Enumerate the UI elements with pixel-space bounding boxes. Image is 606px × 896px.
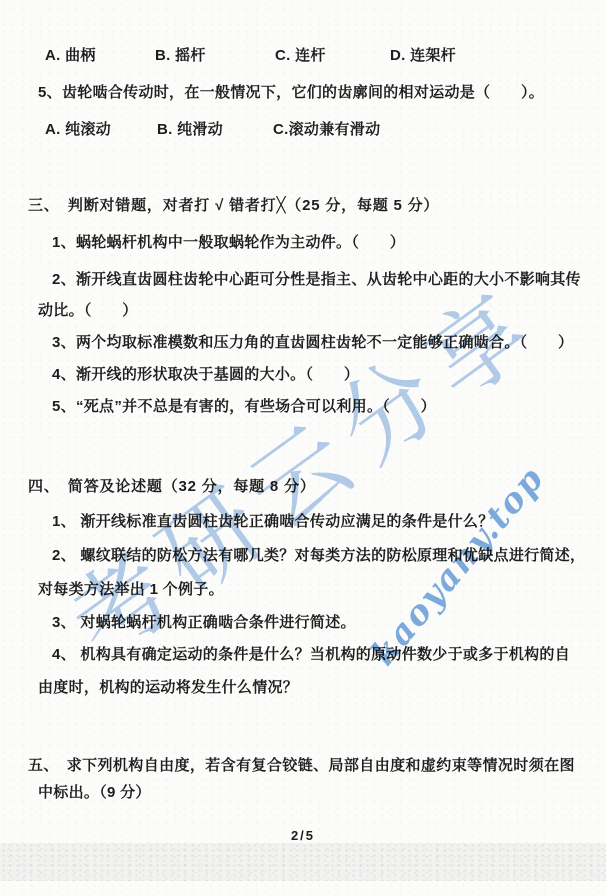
choice-option-d: D. 连架杆 — [390, 44, 456, 65]
tf-item-4: 4、渐开线的形状取决于基圆的大小。（ ） — [52, 363, 359, 384]
question-5-options-row: A. 纯滚动 B. 纯滑动 C.滚动兼有滑动 — [45, 118, 380, 139]
tf-item-1: 1、蜗轮蜗杆机构中一般取蜗轮作为主动件。（ ） — [52, 231, 405, 252]
section3-heading: 三、 判断对错题，对者打 √ 错者打╳（25 分，每题 5 分） — [28, 194, 439, 215]
sa-item-1: 1、 渐开线标准直齿圆柱齿轮正确啮合传动应满足的条件是什么？ — [52, 510, 494, 531]
sa-item-4-line1: 4、 机构具有确定运动的条件是什么？当机构的原动件数少于或多于机构的自 — [52, 643, 570, 664]
sa-item-3: 3、 对蜗轮蜗杆机构正确啮合条件进行简述。 — [52, 611, 356, 632]
page-number: 2/5 — [0, 828, 606, 843]
tf-item-5: 5、“死点”并不总是有害的，有些场合可以利用。（ ） — [52, 395, 436, 416]
choice-option-b: B. 摇杆 — [155, 44, 275, 65]
choice-option-a: A. 曲柄 — [45, 44, 155, 65]
tf-item-2-line1: 2、渐开线直齿圆柱齿轮中心距可分性是指主、从齿轮中心距的大小不影响其传 — [52, 268, 581, 289]
q5-option-c: C.滚动兼有滑动 — [273, 118, 380, 139]
sa-item-2-line1: 2、 螺纹联结的防松方法有哪几类？对每类方法的防松原理和优缺点进行简述， — [52, 544, 585, 565]
sa-item-4-line2: 由度时，机构的运动将发生什么情况？ — [38, 676, 298, 697]
tf-item-3: 3、两个均取标准模数和压力角的直齿圆柱齿轮不一定能够正确啮合。（ ） — [52, 331, 573, 352]
choice-options-row: A. 曲柄 B. 摇杆 C. 连杆 D. 连架杆 — [45, 44, 456, 65]
watermark-site-url: kaoyany.top — [363, 459, 552, 674]
question-5-stem: 5、齿轮啮合传动时，在一般情况下，它们的齿廓间的相对运动是（ ）。 — [38, 81, 544, 102]
section5-heading-line2: 中标出。（9 分） — [38, 781, 151, 802]
section5-heading-line1: 五、 求下列机构自由度，若含有复合铰链、局部自由度和虚约束等情况时须在图 — [28, 754, 575, 775]
tf-item-2-line2: 动比。（ ） — [38, 299, 138, 320]
choice-option-c: C. 连杆 — [275, 44, 390, 65]
exam-scan-page: A. 曲柄 B. 摇杆 C. 连杆 D. 连架杆 5、齿轮啮合传动时，在一般情况… — [0, 0, 606, 896]
section4-heading: 四、 简答及论述题（32 分，每题 8 分） — [28, 475, 316, 496]
q5-option-a: A. 纯滚动 — [45, 118, 157, 139]
scan-noise-band — [0, 843, 606, 881]
sa-item-2-line2: 对每类方法举出 1 个例子。 — [38, 578, 224, 599]
q5-option-b: B. 纯滑动 — [157, 118, 273, 139]
